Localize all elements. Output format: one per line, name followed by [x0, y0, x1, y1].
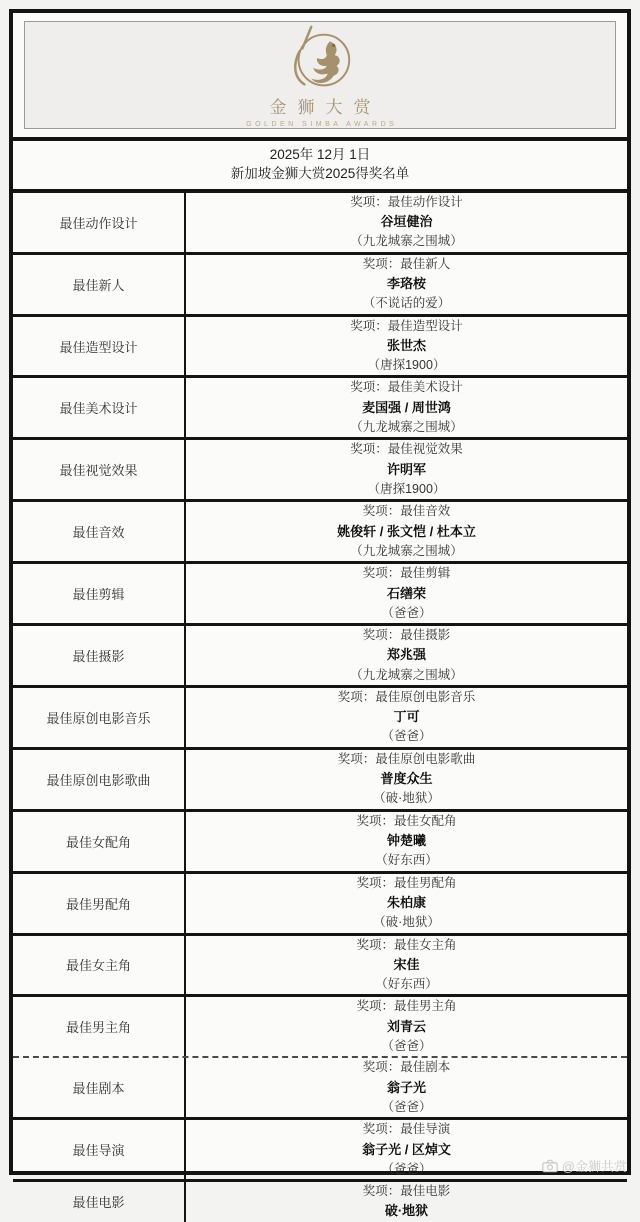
award-line: 奖项：最佳导演: [363, 1120, 451, 1139]
category-cell: 最佳新人: [13, 255, 186, 314]
winner-name: 破·地狱: [385, 1201, 428, 1221]
category-label: 最佳电影: [72, 1192, 124, 1211]
award-detail-cell: 奖项：最佳音效 姚俊轩 / 张文恺 / 杜本立 （九龙城寨之围城）: [186, 502, 627, 561]
award-list-page: 金狮大赏 GOLDEN SIMBA AWARDS 2025年 12月 1日 新加…: [0, 0, 640, 1184]
award-row: 最佳男主角 奖项：最佳男主角 刘青云 （爸爸）: [13, 997, 627, 1058]
category-cell: 最佳视觉效果: [13, 440, 186, 499]
category-label: 最佳动作设计: [59, 213, 137, 232]
award-detail-cell: 奖项：最佳摄影 郑兆强 （九龙城寨之围城）: [186, 626, 627, 685]
category-label: 最佳造型设计: [59, 337, 137, 356]
winner-name: 郑兆强: [387, 645, 426, 665]
award-row: 最佳男配角 奖项：最佳男配角 朱柏康 （破·地狱）: [13, 874, 627, 936]
award-line: 奖项：最佳造型设计: [350, 317, 463, 336]
category-label: 最佳导演: [72, 1140, 124, 1159]
award-row: 最佳剪辑 奖项：最佳剪辑 石缮荣 （爸爸）: [13, 564, 627, 626]
award-row: 最佳导演 奖项：最佳导演 翁子光 / 区焯文 （爸爸）: [13, 1120, 627, 1182]
category-label: 最佳原创电影歌曲: [46, 770, 150, 789]
winner-name: 翁子光 / 区焯文: [362, 1140, 451, 1160]
category-cell: 最佳导演: [13, 1120, 186, 1179]
category-cell: 最佳原创电影音乐: [13, 688, 186, 747]
film-title: （九龙城寨之围城）: [350, 232, 463, 251]
winner-name: 钟楚曦: [387, 831, 426, 851]
film-title: （九龙城寨之围城）: [350, 666, 463, 685]
award-row: 最佳音效 奖项：最佳音效 姚俊轩 / 张文恺 / 杜本立 （九龙城寨之围城）: [13, 502, 627, 564]
award-detail-cell: 奖项：最佳女配角 钟楚曦 （好东西）: [186, 812, 627, 871]
list-header: 2025年 12月 1日 新加坡金狮大赏2025得奖名单: [13, 137, 627, 193]
award-detail-cell: 奖项：最佳男主角 刘青云 （爸爸）: [186, 997, 627, 1056]
category-label: 最佳新人: [72, 275, 124, 294]
award-line: 奖项：最佳原创电影音乐: [338, 688, 476, 707]
category-cell: 最佳音效: [13, 502, 186, 561]
winner-name: 张世杰: [387, 336, 426, 356]
award-row: 最佳原创电影音乐 奖项：最佳原创电影音乐 丁可 （爸爸）: [13, 688, 627, 750]
award-detail-cell: 奖项：最佳男配角 朱柏康 （破·地狱）: [186, 874, 627, 933]
film-title: （破·地狱）: [373, 789, 440, 808]
award-line: 奖项：最佳动作设计: [350, 193, 463, 212]
film-title: （爸爸）: [381, 604, 431, 623]
category-label: 最佳美术设计: [59, 398, 137, 417]
category-cell: 最佳摄影: [13, 626, 186, 685]
film-title: （唐探1900）: [368, 356, 446, 375]
category-cell: 最佳男主角: [13, 997, 186, 1056]
award-line: 奖项：最佳原创电影歌曲: [338, 750, 476, 769]
award-detail-cell: 奖项：最佳剧本 翁子光 （爸爸）: [186, 1058, 627, 1117]
category-cell: 最佳造型设计: [13, 317, 186, 376]
award-row: 最佳动作设计 奖项：最佳动作设计 谷垣健治 （九龙城寨之围城）: [13, 193, 627, 255]
award-detail-cell: 奖项：最佳视觉效果 许明军 （唐探1900）: [186, 440, 627, 499]
award-detail-cell: 奖项：最佳原创电影歌曲 普度众生 （破·地狱）: [186, 750, 627, 809]
category-label: 最佳视觉效果: [59, 460, 137, 479]
film-title: （爸爸）: [381, 727, 431, 746]
award-row: 最佳原创电影歌曲 奖项：最佳原创电影歌曲 普度众生 （破·地狱）: [13, 750, 627, 812]
winner-name: 刘青云: [387, 1017, 426, 1037]
award-line: 奖项：最佳美术设计: [350, 378, 463, 397]
award-detail-cell: 奖项：最佳动作设计 谷垣健治 （九龙城寨之围城）: [186, 193, 627, 252]
category-label: 最佳女配角: [66, 832, 131, 851]
winner-name: 姚俊轩 / 张文恺 / 杜本立: [337, 522, 476, 542]
award-line: 奖项：最佳剪辑: [363, 564, 451, 583]
winner-name: 李珞桉: [387, 274, 426, 294]
award-line: 奖项：最佳男主角: [356, 997, 456, 1016]
category-cell: 最佳女配角: [13, 812, 186, 871]
winner-name: 朱柏康: [387, 893, 426, 913]
award-line: 奖项：最佳电影: [363, 1182, 451, 1201]
film-title: （爸爸）: [381, 1037, 431, 1056]
award-detail-cell: 奖项：最佳剪辑 石缮荣 （爸爸）: [186, 564, 627, 623]
category-cell: 最佳电影: [13, 1182, 186, 1222]
header-date: 2025年 12月 1日: [13, 145, 627, 165]
film-title: （九龙城寨之围城）: [350, 542, 463, 561]
film-title: （唐探1900）: [368, 480, 446, 499]
award-row: 最佳女配角 奖项：最佳女配角 钟楚曦 （好东西）: [13, 812, 627, 874]
logo-box: 金狮大赏 GOLDEN SIMBA AWARDS: [24, 21, 616, 129]
award-line: 奖项：最佳女主角: [356, 936, 456, 955]
category-cell: 最佳男配角: [13, 874, 186, 933]
award-row: 最佳视觉效果 奖项：最佳视觉效果 许明军 （唐探1900）: [13, 440, 627, 502]
category-cell: 最佳原创电影歌曲: [13, 750, 186, 809]
award-line: 奖项：最佳音效: [363, 502, 451, 521]
award-line: 奖项：最佳男配角: [356, 874, 456, 893]
film-title: （爸爸）: [381, 1098, 431, 1117]
logo-banner: 金狮大赏 GOLDEN SIMBA AWARDS: [13, 13, 627, 137]
winner-name: 普度众生: [380, 769, 432, 789]
dragon-glyph: [311, 42, 339, 83]
header-title: 新加坡金狮大赏2025得奖名单: [13, 164, 627, 184]
category-cell: 最佳美术设计: [13, 378, 186, 437]
award-line: 奖项：最佳摄影: [363, 626, 451, 645]
golden-lion-dragon-emblem-icon: [281, 24, 359, 98]
award-line: 奖项：最佳视觉效果: [350, 440, 463, 459]
film-title: （破·地狱）: [373, 913, 440, 932]
category-cell: 最佳剪辑: [13, 564, 186, 623]
category-label: 最佳剪辑: [72, 584, 124, 603]
award-row: 最佳造型设计 奖项：最佳造型设计 张世杰 （唐探1900）: [13, 317, 627, 379]
category-label: 最佳男配角: [66, 894, 131, 913]
category-label: 最佳原创电影音乐: [46, 708, 150, 727]
category-label: 最佳男主角: [66, 1017, 131, 1036]
award-detail-cell: 奖项：最佳新人 李珞桉 （不说话的爱）: [186, 255, 627, 314]
award-detail-cell: 奖项：最佳女主角 宋佳 （好东西）: [186, 936, 627, 995]
award-row: 最佳女主角 奖项：最佳女主角 宋佳 （好东西）: [13, 936, 627, 998]
film-title: （爸爸）: [381, 1160, 431, 1179]
award-row: 最佳电影 奖项：最佳电影 破·地狱: [13, 1182, 627, 1222]
award-detail-cell: 奖项：最佳导演 翁子光 / 区焯文 （爸爸）: [186, 1120, 627, 1179]
award-row: 最佳新人 奖项：最佳新人 李珞桉 （不说话的爱）: [13, 255, 627, 317]
winner-name: 宋佳: [393, 955, 419, 975]
category-label: 最佳剧本: [72, 1078, 124, 1097]
award-row: 最佳美术设计 奖项：最佳美术设计 麦国强 / 周世鸿 （九龙城寨之围城）: [13, 378, 627, 440]
award-detail-cell: 奖项：最佳美术设计 麦国强 / 周世鸿 （九龙城寨之围城）: [186, 378, 627, 437]
film-title: （好东西）: [375, 851, 438, 870]
winner-name: 麦国强 / 周世鸿: [362, 398, 451, 418]
award-line: 奖项：最佳女配角: [356, 812, 456, 831]
outer-frame: 金狮大赏 GOLDEN SIMBA AWARDS 2025年 12月 1日 新加…: [9, 9, 631, 1175]
category-cell: 最佳动作设计: [13, 193, 186, 252]
winner-name: 丁可: [393, 707, 419, 727]
category-cell: 最佳剧本: [13, 1058, 186, 1117]
category-label: 最佳女主角: [66, 955, 131, 974]
film-title: （九龙城寨之围城）: [350, 418, 463, 437]
award-row: 最佳剧本 奖项：最佳剧本 翁子光 （爸爸）: [13, 1058, 627, 1120]
category-cell: 最佳女主角: [13, 936, 186, 995]
award-row: 最佳摄影 奖项：最佳摄影 郑兆强 （九龙城寨之围城）: [13, 626, 627, 688]
winner-name: 谷垣健治: [380, 212, 432, 232]
category-label: 最佳音效: [72, 522, 124, 541]
award-detail-cell: 奖项：最佳造型设计 张世杰 （唐探1900）: [186, 317, 627, 376]
category-label: 最佳摄影: [72, 646, 124, 665]
winner-name: 石缮荣: [387, 584, 426, 604]
logo-subtitle: GOLDEN SIMBA AWARDS: [243, 121, 398, 128]
award-detail-cell: 奖项：最佳电影 破·地狱: [186, 1182, 627, 1222]
award-line: 奖项：最佳剧本: [363, 1058, 451, 1077]
award-detail-cell: 奖项：最佳原创电影音乐 丁可 （爸爸）: [186, 688, 627, 747]
award-line: 奖项：最佳新人: [363, 255, 451, 274]
film-title: （好东西）: [375, 975, 438, 994]
winner-name: 翁子光: [387, 1078, 426, 1098]
film-title: （不说话的爱）: [363, 294, 451, 313]
winner-name: 许明军: [387, 460, 426, 480]
awards-table: 最佳动作设计 奖项：最佳动作设计 谷垣健治 （九龙城寨之围城） 最佳新人 奖项：…: [13, 193, 627, 1222]
logo-title: 金狮大赏: [259, 99, 382, 118]
